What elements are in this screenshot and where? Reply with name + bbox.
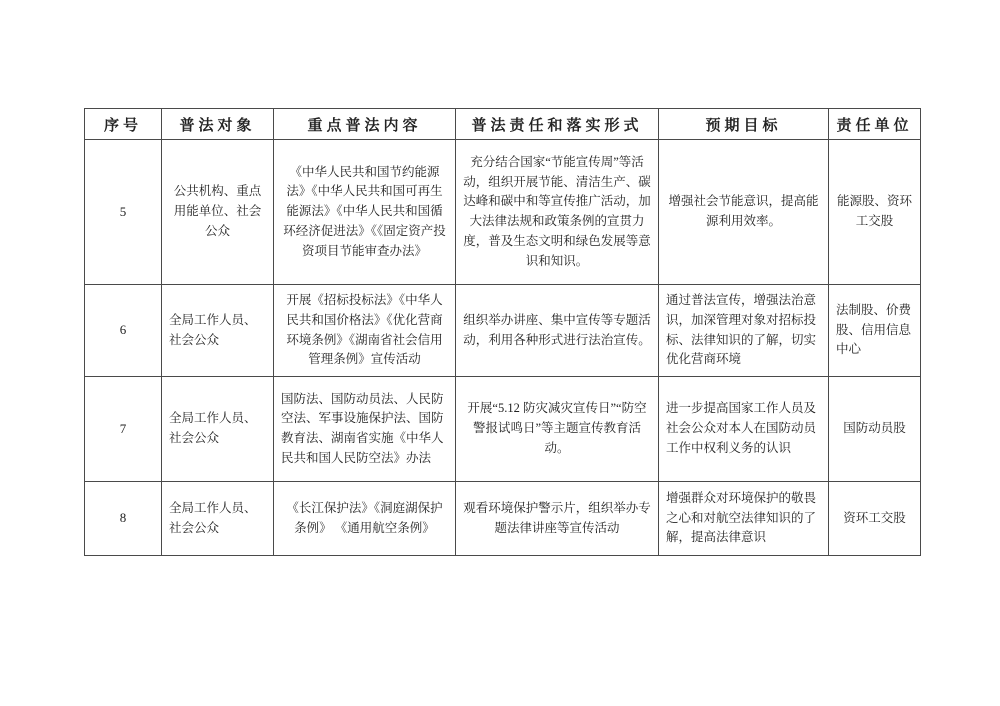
column-header-serial: 序号 — [85, 109, 162, 140]
cell-serial: 6 — [85, 285, 162, 377]
cell-serial: 5 — [85, 140, 162, 285]
cell-content: 开展《招标投标法》《中华人民共和国价格法》《优化营商环境条例》《湖南省社会信用管… — [274, 285, 456, 377]
cell-goal: 通过普法宣传，增强法治意识，加深管理对象对招标投标、法律知识的了解，切实优化营商… — [659, 285, 829, 377]
cell-serial: 8 — [85, 482, 162, 556]
cell-unit: 法制股、价费股、信用信息中心 — [829, 285, 921, 377]
table-row: 6全局工作人员、社会公众开展《招标投标法》《中华人民共和国价格法》《优化营商环境… — [85, 285, 921, 377]
cell-target: 全局工作人员、社会公众 — [162, 482, 274, 556]
cell-target: 公共机构、重点用能单位、社会公众 — [162, 140, 274, 285]
cell-target: 全局工作人员、社会公众 — [162, 285, 274, 377]
legal-publicity-table: 序号普法对象重点普法内容普法责任和落实形式预期目标责任单位 5公共机构、重点用能… — [84, 108, 921, 556]
cell-goal: 增强社会节能意识，提高能源利用效率。 — [659, 140, 829, 285]
column-header-goal: 预期目标 — [659, 109, 829, 140]
cell-unit: 资环工交股 — [829, 482, 921, 556]
table-header-row: 序号普法对象重点普法内容普法责任和落实形式预期目标责任单位 — [85, 109, 921, 140]
cell-content: 《中华人民共和国节约能源法》《中华人民共和国可再生能源法》《中华人民共和国循环经… — [274, 140, 456, 285]
table-row: 8全局工作人员、社会公众《长江保护法》《洞庭湖保护条例》 《通用航空条例》观看环… — [85, 482, 921, 556]
cell-target: 全局工作人员、社会公众 — [162, 377, 274, 482]
cell-unit: 能源股、资环工交股 — [829, 140, 921, 285]
column-header-target: 普法对象 — [162, 109, 274, 140]
cell-form: 开展“5.12 防灾减灾宣传日”“防空警报试鸣日”等主题宣传教育活动。 — [456, 377, 659, 482]
cell-goal: 进一步提高国家工作人员及社会公众对本人在国防动员工作中权利义务的认识 — [659, 377, 829, 482]
document-page: 序号普法对象重点普法内容普法责任和落实形式预期目标责任单位 5公共机构、重点用能… — [0, 0, 1000, 706]
table-row: 7全局工作人员、社会公众国防法、国防动员法、人民防空法、军事设施保护法、国防教育… — [85, 377, 921, 482]
cell-form: 组织举办讲座、集中宣传等专题活动，利用各种形式进行法治宣传。 — [456, 285, 659, 377]
table-row: 5公共机构、重点用能单位、社会公众《中华人民共和国节约能源法》《中华人民共和国可… — [85, 140, 921, 285]
column-header-unit: 责任单位 — [829, 109, 921, 140]
cell-serial: 7 — [85, 377, 162, 482]
column-header-form: 普法责任和落实形式 — [456, 109, 659, 140]
cell-form: 观看环境保护警示片，组织举办专题法律讲座等宣传活动 — [456, 482, 659, 556]
cell-content: 国防法、国防动员法、人民防空法、军事设施保护法、国防教育法、湖南省实施《中华人民… — [274, 377, 456, 482]
cell-content: 《长江保护法》《洞庭湖保护条例》 《通用航空条例》 — [274, 482, 456, 556]
column-header-content: 重点普法内容 — [274, 109, 456, 140]
cell-goal: 增强群众对环境保护的敬畏之心和对航空法律知识的了解，提高法律意识 — [659, 482, 829, 556]
cell-unit: 国防动员股 — [829, 377, 921, 482]
cell-form: 充分结合国家“节能宣传周”等活动，组织开展节能、清洁生产、碳达峰和碳中和等宣传推… — [456, 140, 659, 285]
